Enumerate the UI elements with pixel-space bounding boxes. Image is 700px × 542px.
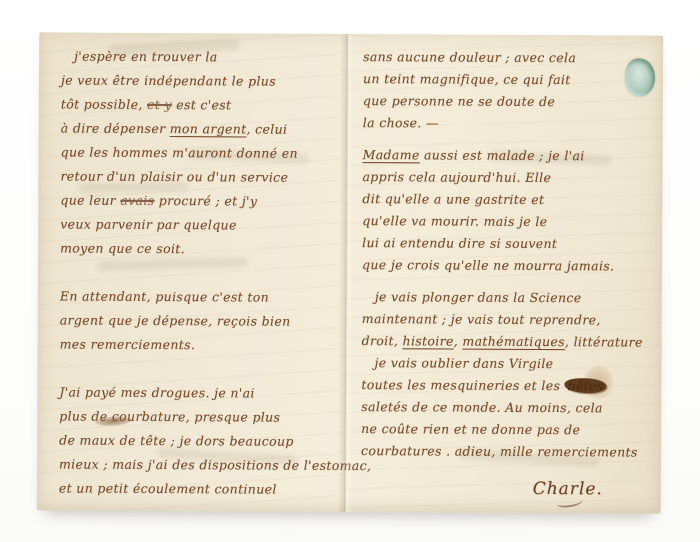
right-page-text: sans aucune douleur ; avec celaun teint … (361, 46, 659, 464)
handwritten-line (60, 260, 336, 285)
handwritten-line: sans aucune douleur ; avec cela (363, 46, 659, 70)
letter-sheet: j'espère en trouver laje veux être indép… (37, 32, 663, 513)
handwritten-line: à dire dépenser mon argent, celui (61, 116, 337, 141)
handwritten-line: tôt possible, et y est c'est (61, 92, 337, 117)
handwritten-line: droit, histoire, mathématiques, littérat… (362, 330, 658, 354)
handwritten-line: que leur avais procuré ; et j'y (60, 188, 336, 213)
handwritten-line: et un petit écoulement continuel (59, 476, 335, 501)
handwritten-line: mieux ; mais j'ai des dispositions de l'… (59, 452, 335, 477)
handwritten-line: Madame aussi est malade ; je l'ai (363, 144, 659, 168)
handwritten-line: ne coûte rien et ne donne pas de (361, 418, 657, 442)
handwritten-line: courbatures . adieu, mille remerciements (361, 440, 657, 464)
letter-photo: j'espère en trouver laje veux être indép… (0, 0, 700, 542)
handwritten-line: toutes les mesquineries et les bêtes (361, 374, 657, 398)
handwritten-line: mes remerciements. (60, 332, 336, 357)
handwritten-line: argent que je dépense, reçois bien (60, 308, 336, 333)
handwritten-line (59, 356, 335, 381)
left-page: j'espère en trouver laje veux être indép… (37, 32, 341, 512)
handwritten-line: lui ai entendu dire si souvent (362, 232, 658, 256)
handwritten-line: J'ai payé mes drogues. je n'ai (59, 380, 335, 405)
handwritten-line: je vais oublier dans Virgile (361, 352, 657, 376)
handwritten-line: qu'elle va mourir. mais je le (362, 210, 658, 234)
handwritten-line: je vais plonger dans la Science (362, 286, 658, 310)
handwritten-line: que les hommes m'auront donné en (61, 140, 337, 165)
handwritten-line: maintenant ; je vais tout reprendre, (362, 308, 658, 332)
handwritten-line: En attendant, puisque c'est ton (60, 284, 336, 309)
handwritten-line: plus de courbature, presque plus (59, 404, 335, 429)
handwritten-line: que personne ne se doute de (363, 90, 659, 114)
handwritten-line: veux parvenir par quelque (60, 212, 336, 237)
signature-flourish (556, 496, 583, 509)
handwritten-line: je veux être indépendant le plus (61, 68, 337, 93)
right-page: sans aucune douleur ; avec celaun teint … (339, 34, 663, 514)
handwritten-line: un teint magnifique, ce qui fait (363, 68, 659, 92)
handwritten-line: la chose. — (363, 112, 659, 136)
handwritten-line: de maux de tête ; je dors beaucoup (59, 428, 335, 453)
handwritten-line: que je crois qu'elle ne mourra jamais. (362, 254, 658, 278)
handwritten-line: saletés de ce monde. Au moins, cela (361, 396, 657, 420)
handwritten-line: moyen que ce soit. (60, 236, 336, 261)
handwritten-line: retour d'un plaisir ou d'un service (60, 164, 336, 189)
left-page-text: j'espère en trouver laje veux être indép… (59, 44, 337, 501)
handwritten-line: dit qu'elle a une gastrite et (362, 188, 658, 212)
handwritten-line: j'espère en trouver la (61, 44, 337, 69)
handwritten-line: appris cela aujourd'hui. Elle (362, 166, 658, 190)
